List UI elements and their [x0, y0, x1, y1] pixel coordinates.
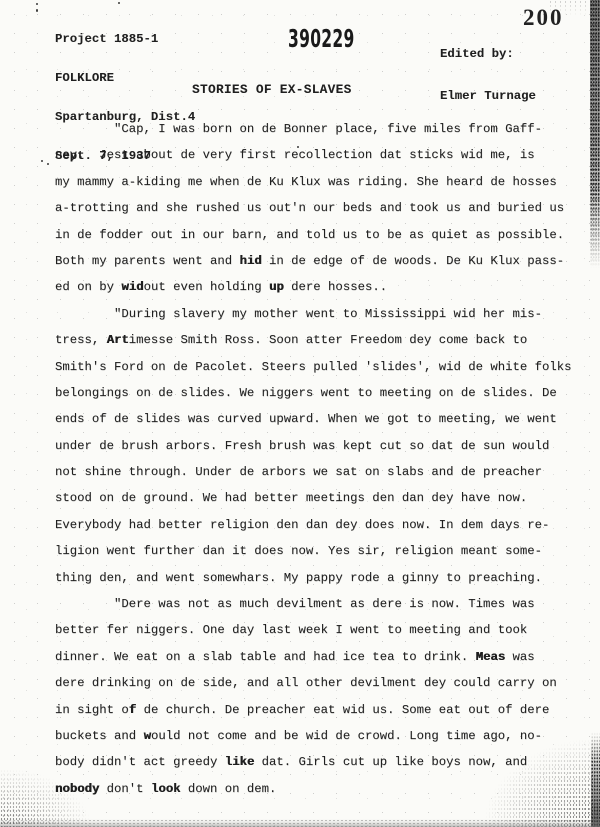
edited-by-label: Edited by: — [440, 47, 536, 61]
text-line: ends of de slides was curved upward. Whe… — [55, 406, 587, 432]
text-line: nobody don't look down on dem. — [55, 776, 587, 802]
document-body: "Cap, I was born on de Bonner place, fiv… — [55, 116, 587, 802]
scan-speck — [47, 163, 49, 165]
text-line: body didn't act greedy like dat. Girls c… — [55, 749, 587, 775]
text-line: better fer niggers. One day last week I … — [55, 617, 587, 643]
text-line: dere drinking on de side, and all other … — [55, 670, 587, 696]
scan-speck — [118, 2, 120, 4]
text-line: Smith's Ford on de Pacolet. Steers pulle… — [55, 354, 587, 380]
scan-edge-strip-top-right — [590, 0, 600, 268]
text-line: stood on de ground. We had better meetin… — [55, 485, 587, 511]
stamp-number: 390229 — [288, 24, 355, 53]
document-title: STORIES OF EX-SLAVES — [192, 82, 352, 97]
collection-line: FOLKLORE — [55, 72, 195, 85]
scan-noise-bottom-band — [0, 819, 600, 827]
scan-speck — [36, 3, 38, 5]
text-line: a-trotting and she rushed us out'n our b… — [55, 195, 587, 221]
text-line: in sight of de church. De preacher eat w… — [55, 697, 587, 723]
page-number: 200 — [523, 5, 564, 31]
scanned-document-page: Project 1885-1 FOLKLORE Spartanburg, Dis… — [0, 0, 600, 827]
text-line: "During slavery my mother went to Missis… — [55, 301, 587, 327]
text-line: Both my parents went and hid in de edge … — [55, 248, 587, 274]
header-right-block: Edited by: Elmer Turnage — [440, 19, 536, 131]
scan-speck — [41, 160, 43, 162]
text-line: "Dere was not as much devilment as dere … — [55, 591, 587, 617]
text-line: "Cap, I was born on de Bonner place, fiv… — [55, 116, 587, 142]
text-line: under de brush arbors. Fresh brush was k… — [55, 433, 587, 459]
text-line: buckets and would not come and be wid de… — [55, 723, 587, 749]
text-line: not shine through. Under de arbors we sa… — [55, 459, 587, 485]
text-line: belongings on de slides. We niggers went… — [55, 380, 587, 406]
scan-speck — [36, 9, 38, 12]
text-line: in de fodder out in our barn, and told u… — [55, 222, 587, 248]
text-line: ed on by widout even holding up dere hos… — [55, 274, 587, 300]
scan-edge-strip-bottom-right — [591, 732, 600, 827]
text-line: Everybody had better religion den dan de… — [55, 512, 587, 538]
editor-name: Elmer Turnage — [440, 89, 536, 103]
text-line: ligion went further dan it does now. Yes… — [55, 538, 587, 564]
text-line: dinner. We eat on a slab table and had i… — [55, 644, 587, 670]
text-line: my mammy a-kiding me when de Ku Klux was… — [55, 169, 587, 195]
project-line: Project 1885-1 — [55, 33, 195, 46]
text-line: ney. Jest about de very first recollecti… — [55, 142, 587, 168]
text-line: tress, Artimesse Smith Ross. Soon atter … — [55, 327, 587, 353]
text-line: thing den, and went somewhars. My pappy … — [55, 565, 587, 591]
